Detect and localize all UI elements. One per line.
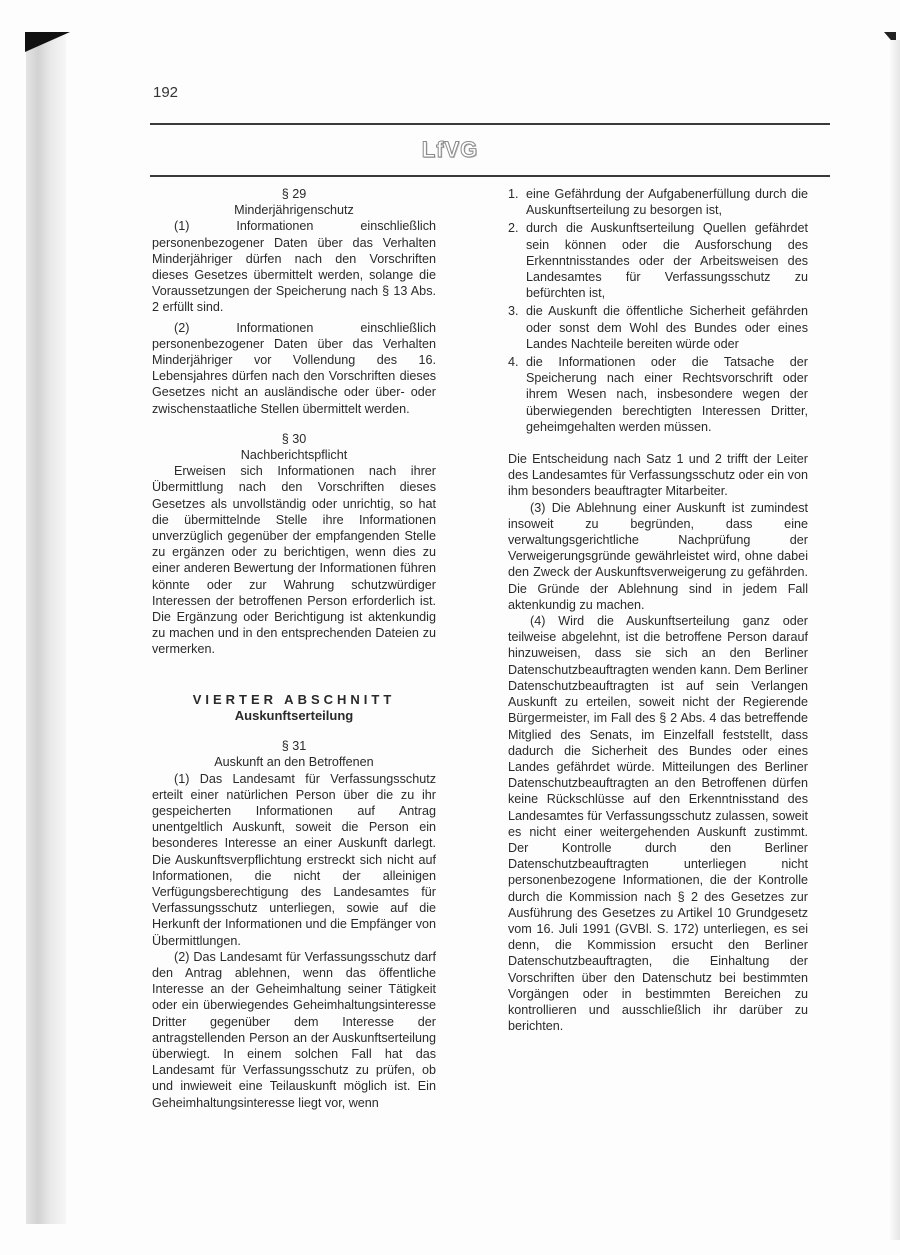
page-binding-shadow [26,34,66,1224]
list-item: 2. durch die Auskunftserteilung Quellen … [508,220,808,301]
section-30-paragraph: Erweisen sich Informationen nach ihrer Ü… [152,463,436,657]
list-item-text: die Informationen oder die Tatsache der … [526,354,808,435]
list-item: 3. die Auskunft die öffentliche Sicherhe… [508,303,808,352]
secrecy-conditions-list: 1. eine Gefährdung der Aufgabenerfüllung… [508,186,808,435]
list-item-text: eine Gefährdung der Aufgabenerfüllung du… [526,186,808,218]
section-29-paragraph-1: (1) Informationen einschließlich persone… [152,218,436,315]
section-29-title: Minderjährigenschutz [152,202,436,218]
header-rule-top [150,123,830,125]
part-title: Auskunftserteilung [152,708,436,724]
section-31-paragraph-1: (1) Das Landesamt für Verfassungsschutz … [152,771,436,949]
section-31-paragraph-2: (2) Das Landesamt für Verfassungsschutz … [152,949,436,1111]
page-edge-right [890,40,900,1240]
list-item-number: 3. [508,303,519,319]
right-column: 1. eine Gefährdung der Aufgabenerfüllung… [508,186,808,1034]
section-31-paragraph-3: (3) Die Ablehnung einer Auskunft ist zum… [508,500,808,613]
section-29-paragraph-2: (2) Informationen einschließlich persone… [152,320,436,417]
list-item-number: 1. [508,186,519,202]
section-31-title: Auskunft an den Betroffenen [152,754,436,770]
list-item-number: 2. [508,220,519,236]
list-item-text: durch die Auskunftserteilung Quellen gef… [526,220,808,301]
list-item: 4. die Informationen oder die Tatsache d… [508,354,808,435]
header-rule-bottom [150,175,830,177]
list-item: 1. eine Gefährdung der Aufgabenerfüllung… [508,186,808,218]
section-30-title: Nachberichtspflicht [152,447,436,463]
part-heading: VIERTER ABSCHNITT [152,692,436,708]
list-item-number: 4. [508,354,519,370]
left-column: § 29 Minderjährigenschutz (1) Informatio… [152,186,436,1111]
scan-corner-top-left [25,32,70,52]
section-31-number: § 31 [152,738,436,754]
page-number: 192 [153,84,178,101]
running-head-logo: LfVG [0,137,900,163]
list-item-text: die Auskunft die öffentliche Sicherheit … [526,303,808,352]
section-30-number: § 30 [152,431,436,447]
section-29-number: § 29 [152,186,436,202]
decision-paragraph: Die Entscheidung nach Satz 1 und 2 triff… [508,451,808,500]
section-31-paragraph-4: (4) Wird die Auskunftserteilung ganz ode… [508,613,808,1034]
